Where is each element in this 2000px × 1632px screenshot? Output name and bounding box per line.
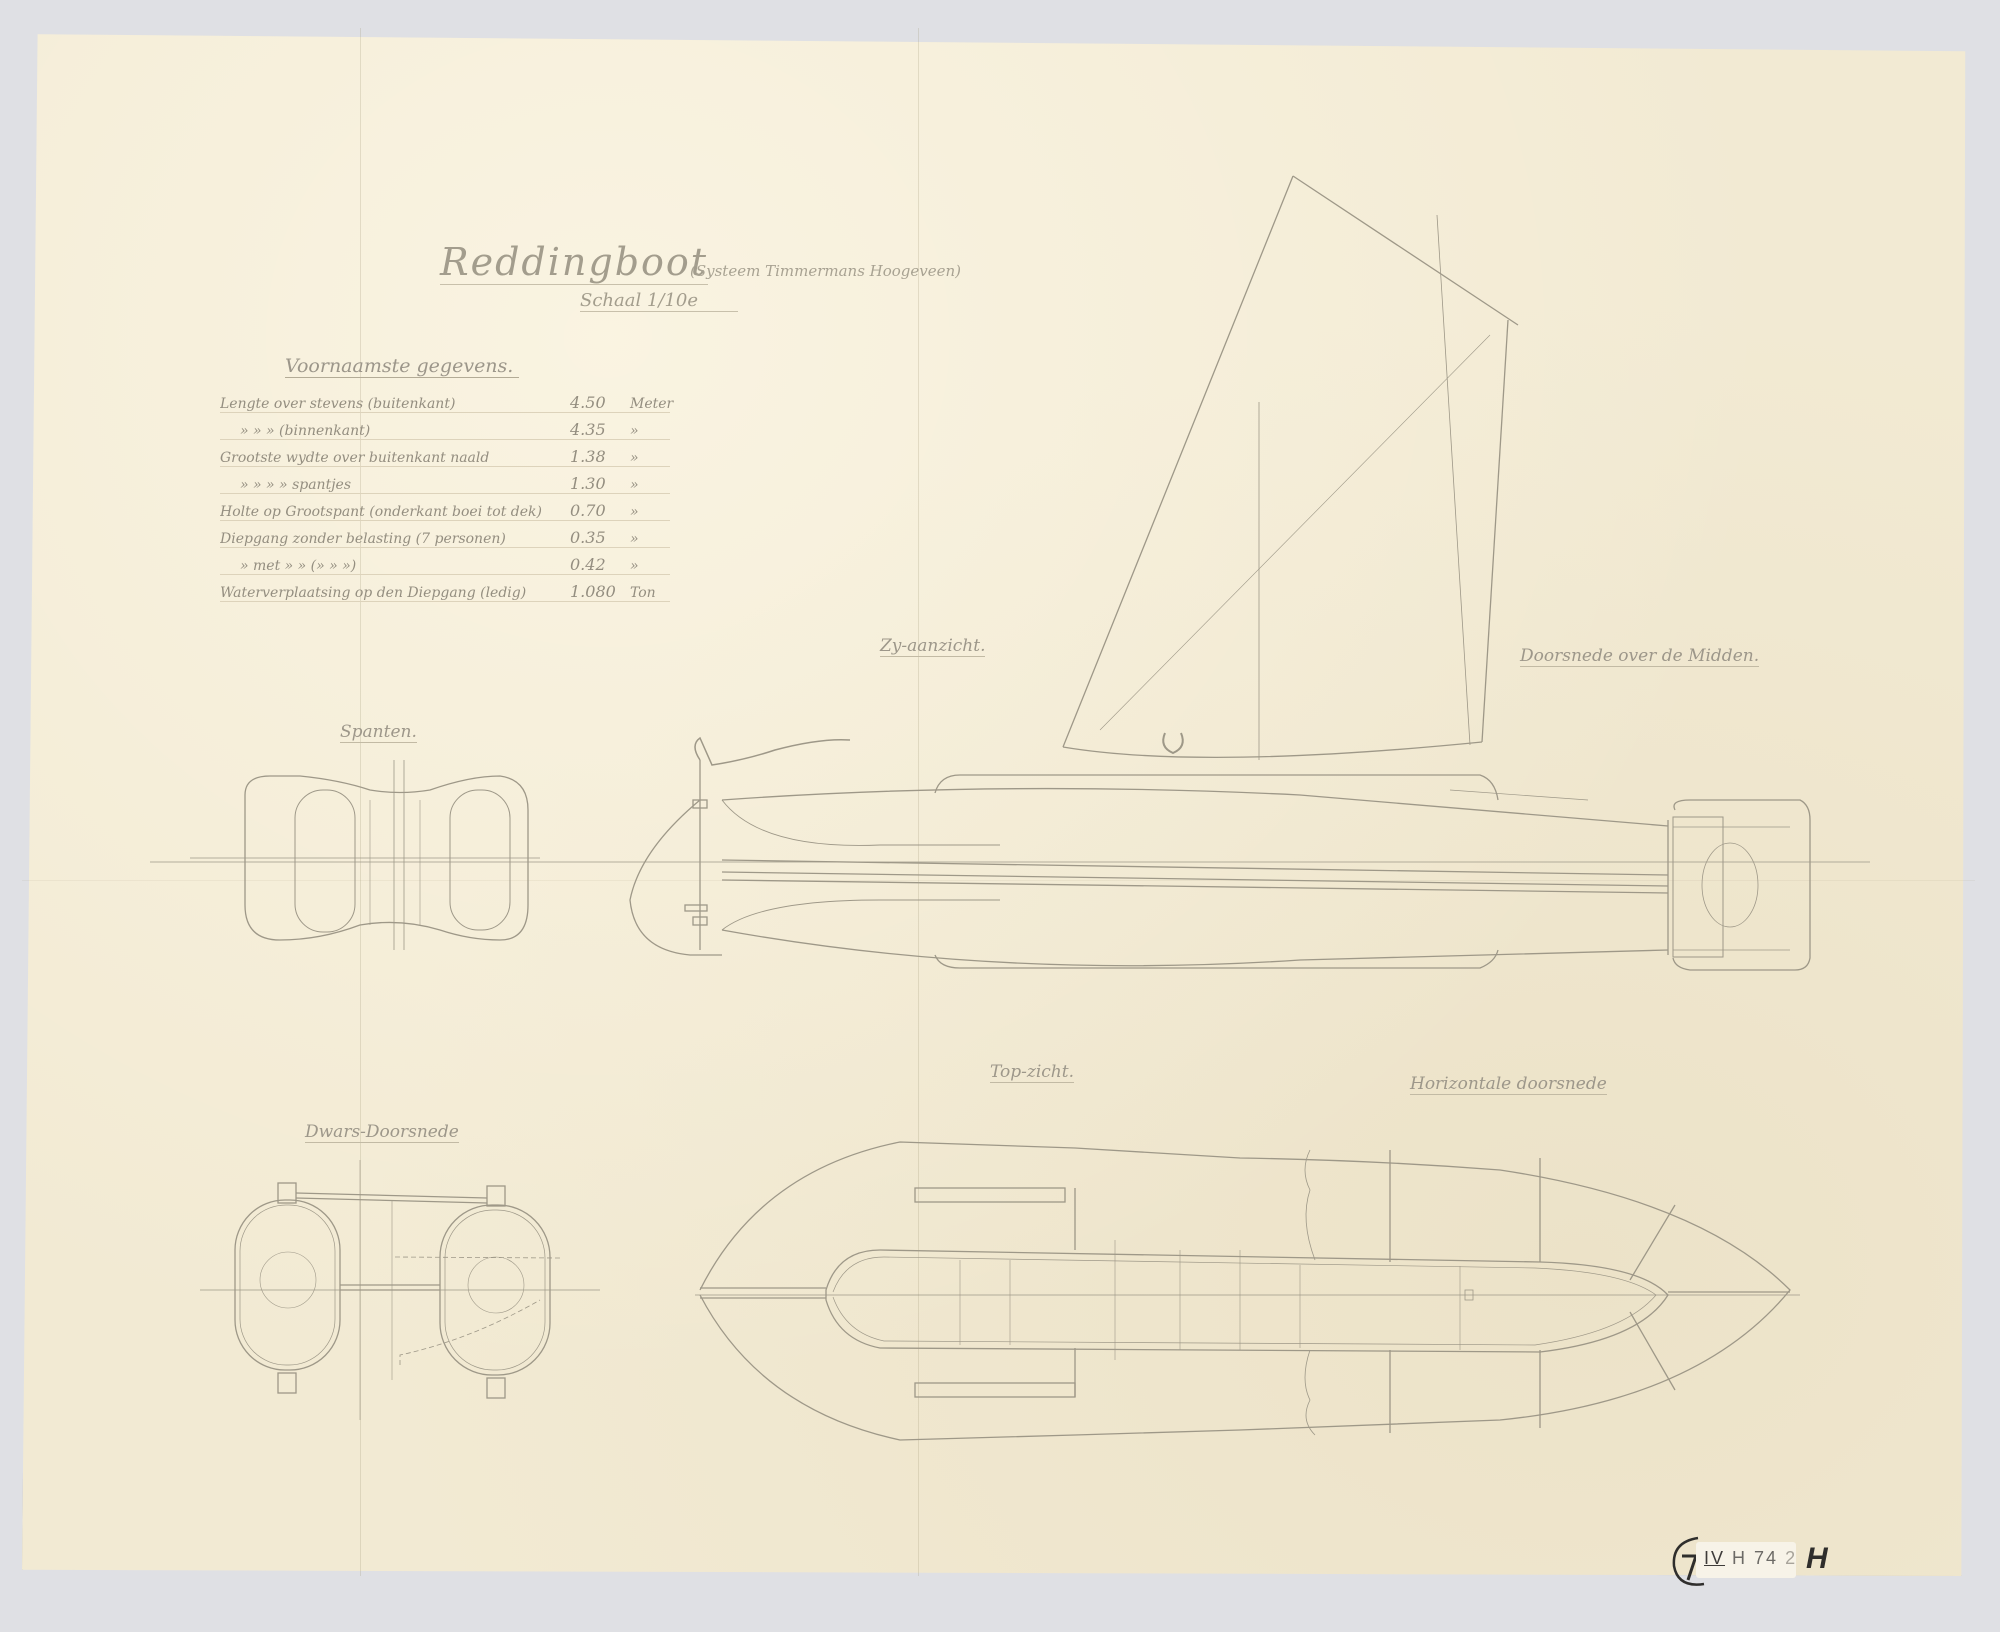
- technical-drawings: [0, 0, 2000, 1632]
- archive-stamp: IV H 74 2 H: [1668, 1532, 1828, 1592]
- sail-drawing: [1063, 176, 1518, 760]
- stamp-code: IV H 74 2: [1704, 1548, 1797, 1569]
- stamp-number: H 74: [1732, 1548, 1778, 1568]
- frames-drawing: [190, 760, 540, 950]
- stamp-roman: IV: [1704, 1548, 1725, 1568]
- stamp-letter: H: [1806, 1542, 1828, 1576]
- cross-section-drawing: [200, 1160, 600, 1420]
- side-view-hull: [150, 738, 1870, 970]
- stamp-suffix: 2: [1785, 1548, 1797, 1568]
- top-view-drawing: [695, 1142, 1800, 1440]
